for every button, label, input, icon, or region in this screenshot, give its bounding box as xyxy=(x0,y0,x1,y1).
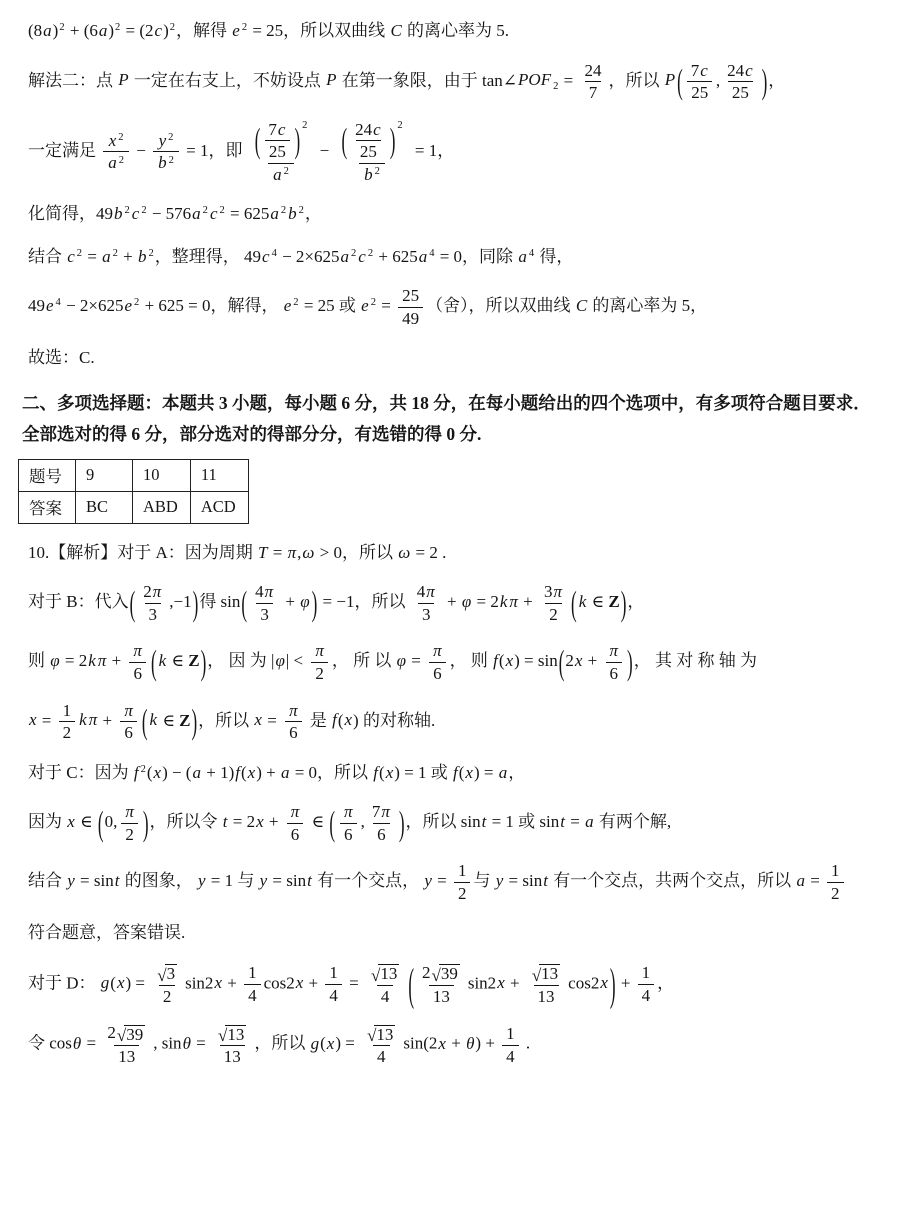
text-run: 24 xyxy=(584,61,601,80)
text-run: 的离心率为 5. xyxy=(403,21,509,40)
fraction: 24c25 xyxy=(723,61,758,103)
text-run: 7 xyxy=(589,83,598,102)
fraction-numerator: √13 xyxy=(213,1023,251,1045)
text-run: ， xyxy=(508,763,525,782)
math-variable: x xyxy=(247,763,257,782)
answer-table-row: 题号91011 xyxy=(19,459,249,491)
math-variable: c xyxy=(154,21,164,40)
text-run: 1 xyxy=(831,861,840,880)
fraction-numerator: π xyxy=(428,641,447,662)
fraction-numerator: π xyxy=(605,641,624,662)
math-variable: a xyxy=(517,247,528,266)
math-variable: π xyxy=(314,641,325,660)
text-run: = xyxy=(83,247,101,266)
math-variable: θ xyxy=(182,1034,192,1053)
answer-table-value-cell: ABD xyxy=(133,491,191,523)
solution-question-10-section: 10.【解析】对于 A：因为周期 T = π,ω > 0，所以 ω = 2 .对… xyxy=(28,540,874,1067)
text-run: 故选：C. xyxy=(28,348,95,367)
math-variable: a xyxy=(280,763,291,782)
math-line: 符合题意，答案错误. xyxy=(28,920,874,946)
text-run: 13 xyxy=(118,1047,135,1066)
text-run: − xyxy=(315,141,333,160)
text-run: = 1 与 xyxy=(207,871,259,890)
superscript: 2 xyxy=(114,22,121,33)
text-run: cos2 xyxy=(264,973,295,992)
math-variable: c xyxy=(699,61,709,80)
text-run: 7 xyxy=(691,61,700,80)
big-paren: ( xyxy=(98,806,104,841)
answer-table: 题号91011答案BCABDACD xyxy=(18,459,249,524)
fraction-numerator: π xyxy=(284,701,303,722)
big-paren: ( xyxy=(329,806,335,841)
text-run: ，所以 sin xyxy=(406,812,481,831)
math-variable: y xyxy=(423,871,433,890)
text-run: 有一个交点， xyxy=(313,871,424,890)
fraction: 7c25 xyxy=(264,120,290,162)
fraction-denominator: 2 xyxy=(454,882,471,904)
fraction-denominator: 3 xyxy=(418,603,435,625)
text-run: （舍），所以双曲线 xyxy=(426,296,575,315)
text-run: 4 xyxy=(329,986,338,1005)
text-run: = sin xyxy=(504,871,542,890)
math-variable: π xyxy=(88,710,99,729)
superscript: 2 xyxy=(118,155,125,166)
text-run: cos2 xyxy=(568,973,599,992)
math-variable: c xyxy=(66,247,76,266)
fraction-numerator: 25 xyxy=(398,286,423,307)
text-run: ) = 1 或 xyxy=(394,763,452,782)
text-run: = xyxy=(269,543,287,562)
math-variable: π xyxy=(553,582,564,601)
text-run: 化简得，49 xyxy=(28,204,113,223)
text-run: 2 xyxy=(458,884,467,903)
text-run: − 2×625 xyxy=(62,296,124,315)
text-run: 3 xyxy=(544,582,553,601)
text-run: 得 sin xyxy=(199,592,240,611)
math-variable: P xyxy=(117,70,129,89)
fraction-numerator: 24c xyxy=(723,61,758,82)
text-run: 4 xyxy=(642,986,651,1005)
text-run: 3 xyxy=(260,605,269,624)
text-run: 13 xyxy=(227,1025,244,1044)
text-run: 6 xyxy=(289,723,298,742)
math-variable: π xyxy=(152,582,163,601)
text-run: = 25，所以双曲线 xyxy=(248,21,389,40)
fraction-denominator: 4 xyxy=(325,984,342,1006)
fraction-numerator: 1 xyxy=(454,861,471,882)
fraction-denominator: 2 xyxy=(159,985,176,1007)
math-variable: T xyxy=(257,543,268,562)
big-paren: ( xyxy=(255,123,261,158)
superscript: 2 xyxy=(218,205,225,216)
answer-table-label-cell: 题号 xyxy=(19,459,76,491)
text-run: 有两个解, xyxy=(595,812,672,831)
fraction: 2549 xyxy=(398,286,423,328)
math-variable: e xyxy=(283,296,293,315)
text-run: ， xyxy=(657,973,674,992)
text-run: 6 xyxy=(291,825,300,844)
math-line: 则 φ = 2kπ + π6(k ∈ Z)， 因 为 |φ| < π2， 所 以… xyxy=(28,641,874,683)
text-run: 结合 xyxy=(28,247,66,266)
math-variable: C xyxy=(575,296,588,315)
math-variable: a xyxy=(101,247,112,266)
fraction-denominator: 6 xyxy=(285,721,302,743)
fraction-denominator: 6 xyxy=(606,662,623,684)
answer-table-row: 答案BCABDACD xyxy=(19,491,249,523)
radicand: 13 xyxy=(374,1025,395,1045)
text-run: 的图象， xyxy=(120,871,197,890)
text-run: 令 cos xyxy=(28,1034,72,1053)
text-run: ， 其 对 称 轴 为 xyxy=(634,651,757,670)
text-run: = 2 xyxy=(472,592,499,611)
text-run: = xyxy=(806,871,824,890)
text-run: 3 xyxy=(422,605,431,624)
text-run: | < xyxy=(286,651,308,670)
math-variable: g xyxy=(310,1034,321,1053)
math-variable: x xyxy=(344,710,354,729)
fraction-numerator: 7c xyxy=(687,61,713,82)
fraction: √134 xyxy=(362,1023,400,1066)
math-variable: φ xyxy=(49,651,60,670)
text-run: ) = xyxy=(474,763,498,782)
math-variable: φ xyxy=(274,651,285,670)
math-variable: b xyxy=(363,165,374,184)
fraction-numerator: x2 xyxy=(104,131,129,152)
math-variable: x xyxy=(599,973,609,992)
text-run: 13 xyxy=(376,1025,393,1044)
radicand: 39 xyxy=(439,964,460,984)
math-variable: c xyxy=(131,204,141,223)
text-run: 49 xyxy=(402,309,419,328)
math-line: 化简得，49b2c2 − 576a2c2 = 625a2b2， xyxy=(28,201,874,227)
math-variable: e xyxy=(231,21,241,40)
math-variable: a xyxy=(269,204,280,223)
math-variable: t xyxy=(222,812,229,831)
text-run: 解法二：点 xyxy=(28,70,117,89)
math-variable: t xyxy=(306,871,313,890)
text-run: ) 的对称轴. xyxy=(353,710,435,729)
math-variable: x xyxy=(464,763,474,782)
math-line: 令 cosθ = 2√3913, sinθ = √1313，所以 g(x) = … xyxy=(28,1023,874,1066)
text-run: 有一个交点，共两个交点，所以 xyxy=(549,871,796,890)
math-variable: a xyxy=(584,812,595,831)
math-line: 49e4 − 2×625e2 + 625 = 0，解得， e2 = 25 或 e… xyxy=(28,286,874,328)
text-run: = xyxy=(559,70,577,89)
fraction: 7π6 xyxy=(368,802,395,844)
sqrt-radical: √3 xyxy=(157,964,177,984)
fraction: 4π3 xyxy=(413,582,440,624)
math-variable: a xyxy=(107,153,118,172)
radicand: 39 xyxy=(124,1025,145,1045)
text-run: = xyxy=(407,651,425,670)
text-run: 4 xyxy=(417,582,426,601)
math-variable: k xyxy=(578,592,588,611)
math-variable: φ xyxy=(299,592,310,611)
fraction-denominator: 3 xyxy=(256,603,273,625)
fraction-numerator: √13 xyxy=(527,963,565,985)
big-paren: ) xyxy=(294,123,300,158)
fraction: y2b2 xyxy=(153,131,179,173)
sqrt-radical: √13 xyxy=(218,1025,246,1045)
math-line: 对于 B：代入(2π3,−1)得 sin(4π3 + φ) = −1，所以 4π… xyxy=(28,582,874,624)
text-run: 1 xyxy=(329,963,338,982)
text-run: 3 xyxy=(149,605,158,624)
bold-set-symbol: Z xyxy=(608,592,619,611)
fraction-numerator: 3π xyxy=(540,582,567,603)
math-variable: POF xyxy=(517,70,552,89)
superscript: 2 xyxy=(374,166,381,177)
math-variable: π xyxy=(123,701,134,720)
superscript: 2 xyxy=(133,297,140,308)
math-variable: k xyxy=(158,651,168,670)
fraction-denominator: b2 xyxy=(153,151,179,173)
text-run: + xyxy=(281,592,299,611)
text-run: ( xyxy=(338,710,344,729)
text-run: ，所以令 xyxy=(150,812,222,831)
math-variable: x xyxy=(213,973,223,992)
bold-set-symbol: Z xyxy=(188,651,199,670)
fraction: 12 xyxy=(59,701,76,743)
text-run: ) + xyxy=(475,1034,499,1053)
math-variable: π xyxy=(343,802,354,821)
multi-choice-section-header: 二、多项选择题：本题共 3 小题，每小题 6 分，共 18 分，在每小题给出的四… xyxy=(22,388,874,451)
text-run: = −1，所以 xyxy=(318,592,409,611)
text-run: 25 xyxy=(269,142,286,161)
text-run: = xyxy=(263,710,281,729)
math-variable: π xyxy=(508,592,519,611)
superscript: 2 xyxy=(140,205,147,216)
text-run: 6 xyxy=(133,664,142,683)
math-variable: k xyxy=(149,710,159,729)
text-run: 的离心率为 5， xyxy=(588,296,707,315)
math-variable: a xyxy=(191,763,202,782)
text-run: = 2 xyxy=(229,812,256,831)
math-variable: c xyxy=(261,247,271,266)
math-variable: x xyxy=(385,763,395,782)
math-variable: θ xyxy=(72,1034,82,1053)
math-line: x = 12kπ + π6(k ∈ Z)，所以 x = π6 是 f(x) 的对… xyxy=(28,701,874,743)
superscript: 2 xyxy=(350,248,357,259)
math-variable: x xyxy=(255,812,265,831)
text-run: ) = xyxy=(126,973,150,992)
math-variable: b xyxy=(157,153,168,172)
radicand: 13 xyxy=(378,964,399,984)
fraction: 14 xyxy=(244,963,261,1005)
superscript: 4 xyxy=(428,248,435,259)
fraction: 2√3913 xyxy=(418,963,465,1006)
math-variable: ω xyxy=(301,543,315,562)
math-variable: f xyxy=(372,763,379,782)
text-run: ( xyxy=(320,1034,326,1053)
text-run: = 0，同除 xyxy=(435,247,517,266)
fraction: π2 xyxy=(310,641,329,683)
math-variable: π xyxy=(290,802,301,821)
fraction-denominator: 4 xyxy=(502,1045,519,1067)
text-run: 2 xyxy=(143,582,152,601)
fraction-denominator: a2 xyxy=(103,151,129,173)
math-variable: C xyxy=(389,21,402,40)
superscript: 2 xyxy=(301,120,308,131)
text-run: 25 xyxy=(360,142,377,161)
math-variable: t xyxy=(542,871,549,890)
text-run: 则 xyxy=(28,651,49,670)
math-variable: k xyxy=(87,651,97,670)
math-line: 故选：C. xyxy=(28,345,874,371)
big-paren: ( xyxy=(559,645,565,680)
big-paren: ( xyxy=(142,704,148,739)
fraction-denominator: 6 xyxy=(373,823,390,845)
text-run: ，所以 xyxy=(198,710,253,729)
math-line: 结合 y = sint 的图象， y = 1 与 y = sint 有一个交点，… xyxy=(28,861,874,903)
math-variable: π xyxy=(380,802,391,821)
math-variable: x xyxy=(437,1034,447,1053)
text-run: ， xyxy=(627,592,644,611)
text-run: + 1) xyxy=(202,763,234,782)
big-paren: ( xyxy=(341,123,347,158)
fraction-denominator: 13 xyxy=(220,1045,245,1067)
text-run: ) xyxy=(163,21,169,40)
text-run: = xyxy=(345,973,363,992)
text-run: 4 xyxy=(377,1047,386,1066)
math-variable: x xyxy=(28,710,38,729)
fraction-numerator: 4π xyxy=(251,582,278,603)
answer-table-value-cell: 10 xyxy=(133,459,191,491)
fraction-numerator: 2π xyxy=(139,582,166,603)
text-run: = 1 或 sin xyxy=(487,812,559,831)
text-run: = xyxy=(38,710,56,729)
fraction: x2a2 xyxy=(103,131,129,173)
math-variable: g xyxy=(100,973,111,992)
fraction-denominator: 2 xyxy=(545,603,562,625)
text-run: 4 xyxy=(248,986,257,1005)
text-run: 2 xyxy=(107,1023,116,1042)
math-line: 结合 c2 = a2 + b2，整理得， 49c4 − 2×625a2c2 + … xyxy=(28,244,874,270)
text-run: ( xyxy=(241,763,247,782)
text-run: = xyxy=(566,812,584,831)
fraction-denominator: 6 xyxy=(429,662,446,684)
text-run: ，整理得， 49 xyxy=(155,247,261,266)
text-run: = 2 . xyxy=(411,543,446,562)
text-run: = xyxy=(192,1034,210,1053)
text-run: 2 xyxy=(315,664,324,683)
text-run: 2 xyxy=(163,987,172,1006)
radicand: 13 xyxy=(539,964,560,984)
superscript: 2 xyxy=(202,205,209,216)
math-variable: a xyxy=(272,165,283,184)
text-run: 2 xyxy=(125,825,134,844)
fraction: (24c25)2b2 xyxy=(336,120,407,185)
big-paren: ( xyxy=(241,586,247,621)
fraction-numerator: 1 xyxy=(59,701,76,722)
math-variable: c xyxy=(277,120,287,139)
big-paren: ) xyxy=(399,806,405,841)
big-paren: ( xyxy=(151,645,157,680)
answer-table-value-cell: 11 xyxy=(190,459,248,491)
math-variable: φ xyxy=(396,651,407,670)
fraction: √32 xyxy=(152,963,182,1006)
fraction-numerator: 7π xyxy=(368,802,395,823)
fraction: √134 xyxy=(366,963,404,1006)
text-run: ( xyxy=(499,651,505,670)
text-run: 39 xyxy=(126,1025,143,1044)
text-run: 4 xyxy=(381,987,390,1006)
math-line: (8a)2 + (6a)2 = (2c)2，解得 e2 = 25，所以双曲线 C… xyxy=(28,18,874,44)
superscript: 4 xyxy=(528,248,535,259)
math-variable: a xyxy=(498,763,509,782)
text-run: 10.【解析】对于 A：因为周期 xyxy=(28,543,257,562)
big-paren: ) xyxy=(627,645,633,680)
superscript: 2 xyxy=(76,248,83,259)
fraction-numerator: π xyxy=(120,802,139,823)
math-variable: π xyxy=(425,582,436,601)
text-run: 3 xyxy=(167,964,176,983)
text-run: 7 xyxy=(268,120,277,139)
superscript: 2 xyxy=(280,205,287,216)
fraction: (7c25)2a2 xyxy=(250,120,313,185)
math-variable: x xyxy=(496,973,506,992)
math-variable: k xyxy=(499,592,509,611)
text-run: + xyxy=(583,651,601,670)
radicand: 3 xyxy=(165,964,178,984)
fraction: 14 xyxy=(325,963,342,1005)
text-run: = xyxy=(377,296,395,315)
fraction-denominator: 6 xyxy=(120,721,137,743)
fraction: 12 xyxy=(454,861,471,903)
fraction-numerator: π xyxy=(286,802,305,823)
text-run: ) = xyxy=(335,1034,359,1053)
math-variable: k xyxy=(78,710,88,729)
text-run: ， xyxy=(768,70,785,89)
solution-question-8-section: (8a)2 + (6a)2 = (2c)2，解得 e2 = 25，所以双曲线 C… xyxy=(28,18,874,371)
sqrt-radical: √39 xyxy=(432,964,460,984)
text-run: = 1， xyxy=(411,141,455,160)
sqrt-radical: √13 xyxy=(367,1025,395,1045)
text-run: + xyxy=(107,651,125,670)
text-run: − xyxy=(132,141,150,160)
math-variable: f xyxy=(234,763,241,782)
fraction: 12 xyxy=(827,861,844,903)
sqrt-radical: √39 xyxy=(117,1025,145,1045)
text-run: ， 则 xyxy=(450,651,493,670)
math-line: 因为 x ∈ (0,π2)，所以令 t = 2x + π6 ∈ (π6,7π6)… xyxy=(28,802,874,844)
fraction-denominator: 3 xyxy=(145,603,162,625)
text-run: = sin xyxy=(76,871,114,890)
fraction-numerator: 24 xyxy=(580,61,605,82)
big-paren: ) xyxy=(193,586,199,621)
fraction: π6 xyxy=(128,641,147,683)
math-variable: π xyxy=(264,582,275,601)
text-run: 对于 C：因为 xyxy=(28,763,133,782)
math-variable: x xyxy=(66,812,76,831)
math-variable: a xyxy=(191,204,202,223)
superscript: 2 xyxy=(370,297,377,308)
fraction: π6 xyxy=(286,802,305,844)
text-run: ， xyxy=(305,204,322,223)
fraction: π2 xyxy=(120,802,139,844)
math-line: 解法二：点 P 一定在右支上，不妨设点 P 在第一象限，由于 tan∠POF2 … xyxy=(28,61,874,103)
text-run: ) = sin xyxy=(514,651,558,670)
text-run: 6 xyxy=(344,825,353,844)
math-variable: π xyxy=(132,641,143,660)
text-run: + xyxy=(506,973,524,992)
text-run: 13 xyxy=(224,1047,241,1066)
math-variable: π xyxy=(432,641,443,660)
text-run: 得， xyxy=(535,247,573,266)
big-paren: ( xyxy=(677,64,683,99)
superscript: 2 xyxy=(241,22,248,33)
text-run: , xyxy=(716,70,720,89)
math-variable: π xyxy=(124,802,135,821)
